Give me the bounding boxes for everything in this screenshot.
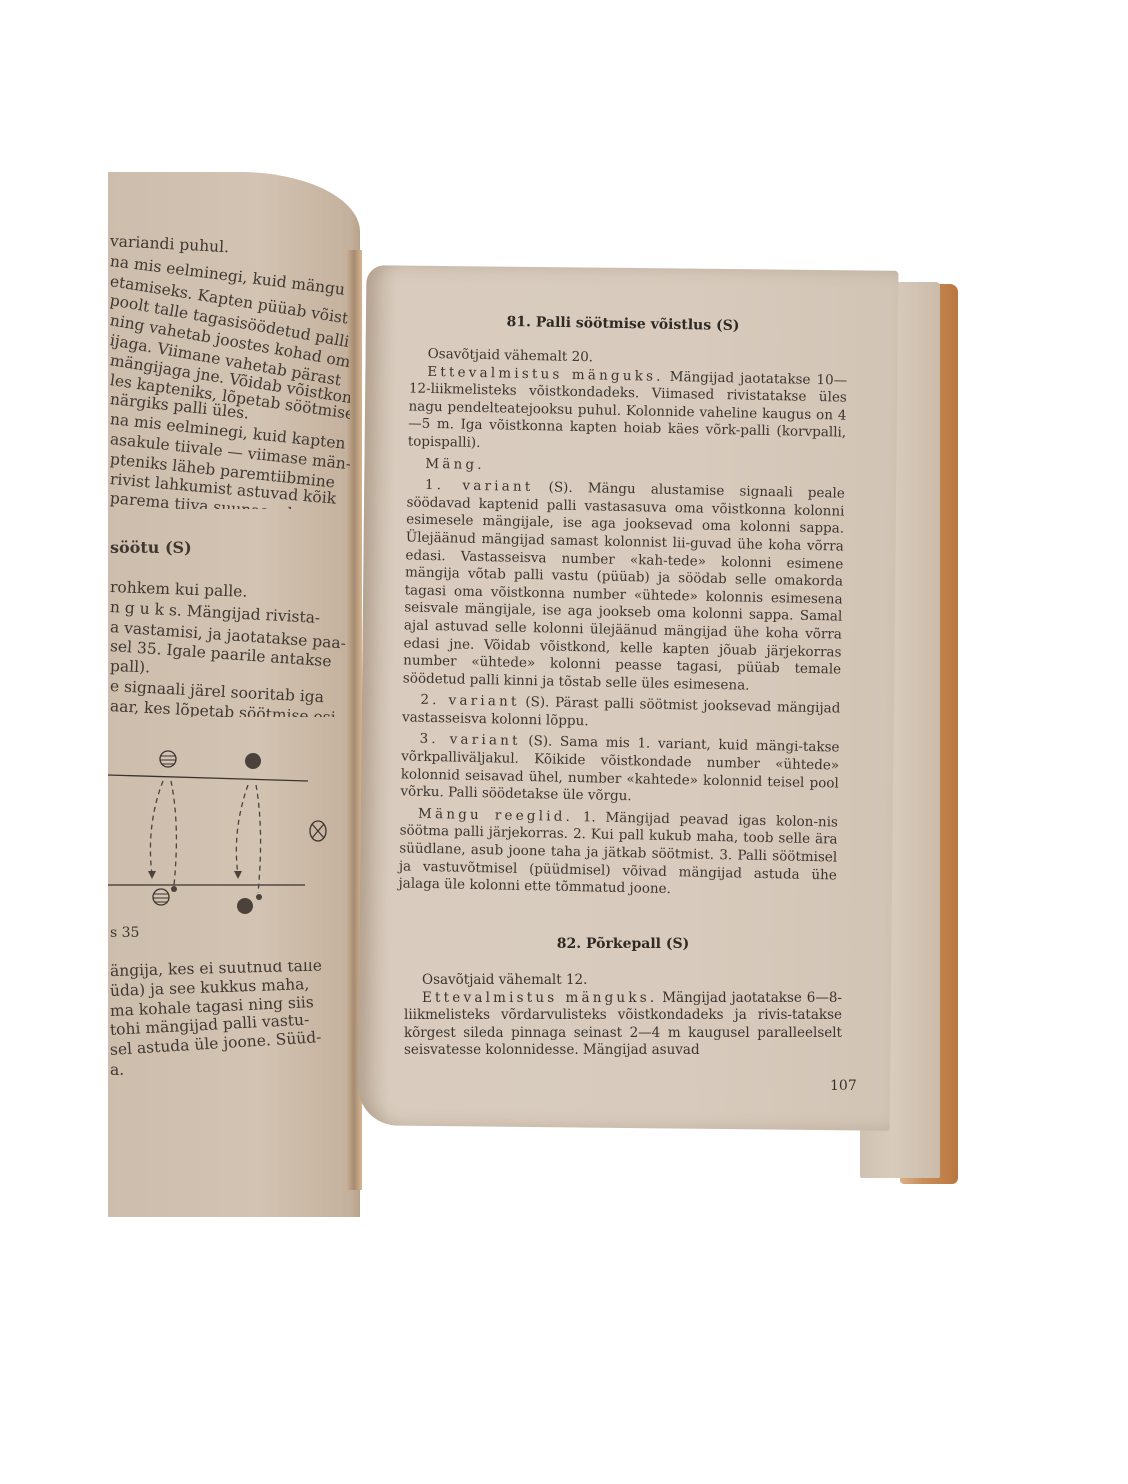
prep-paragraph: Ettevalmistus mänguks. Mängijad jaotatak… — [408, 363, 848, 460]
section-82-heading: 82. Põrkepall (S) — [404, 936, 842, 952]
prep-label: Ettevalmistus mänguks. — [422, 990, 657, 1006]
dark-player-icon — [237, 753, 262, 914]
page-number: 107 — [830, 1078, 857, 1094]
text-line: a. — [110, 1061, 350, 1081]
left-page-text-top: variandi puhul. na mis eelminegi, kuid m… — [110, 232, 350, 509]
rules-paragraph: Mängu reeglid. 1. Mängijad peavad igas k… — [398, 805, 838, 902]
variant-1-label: 1. variant — [425, 477, 534, 495]
variant-3-label: 3. variant — [419, 731, 520, 749]
prep-paragraph: Ettevalmistus mänguks. Mängijad jaotatak… — [404, 990, 842, 1060]
figure-caption: s 35 — [110, 924, 350, 944]
participants-text: Osavõtjaid vähemalt 12. — [404, 972, 842, 990]
left-page-text-bottom: ängija, kes ei suutnud talle üda) ja see… — [110, 962, 350, 1081]
section-81-body: Osavõtjaid vähemalt 20. Ettevalmistus mä… — [398, 345, 847, 906]
crossed-circle-icon — [310, 821, 326, 841]
variant-1-text: (S). Mängu alustamise signaali peale söö… — [403, 480, 845, 694]
variant-2-label: 2. variant — [420, 692, 520, 710]
left-section-heading: söötu (S) — [110, 538, 350, 558]
variant-3-paragraph: 3. variant (S). Sama mis 1. variant, kui… — [400, 731, 839, 811]
book-photo: variandi puhul. na mis eelminegi, kuid m… — [0, 0, 1128, 1484]
striped-player-icon — [153, 751, 177, 905]
figure-35-diagram — [108, 745, 348, 935]
variant-1-paragraph: 1. variant (S). Mängu alustamise signaal… — [403, 477, 845, 697]
rules-label: Mängu reeglid. — [418, 806, 573, 825]
left-page-text-mid: rohkem kui palle. n g u k s. Mängijad ri… — [110, 578, 350, 717]
variant-2-paragraph: 2. variant (S). Pärast palli söötmist jo… — [402, 692, 841, 736]
section-82-body: Osavõtjaid vähemalt 12. Ettevalmistus mä… — [404, 972, 842, 1064]
